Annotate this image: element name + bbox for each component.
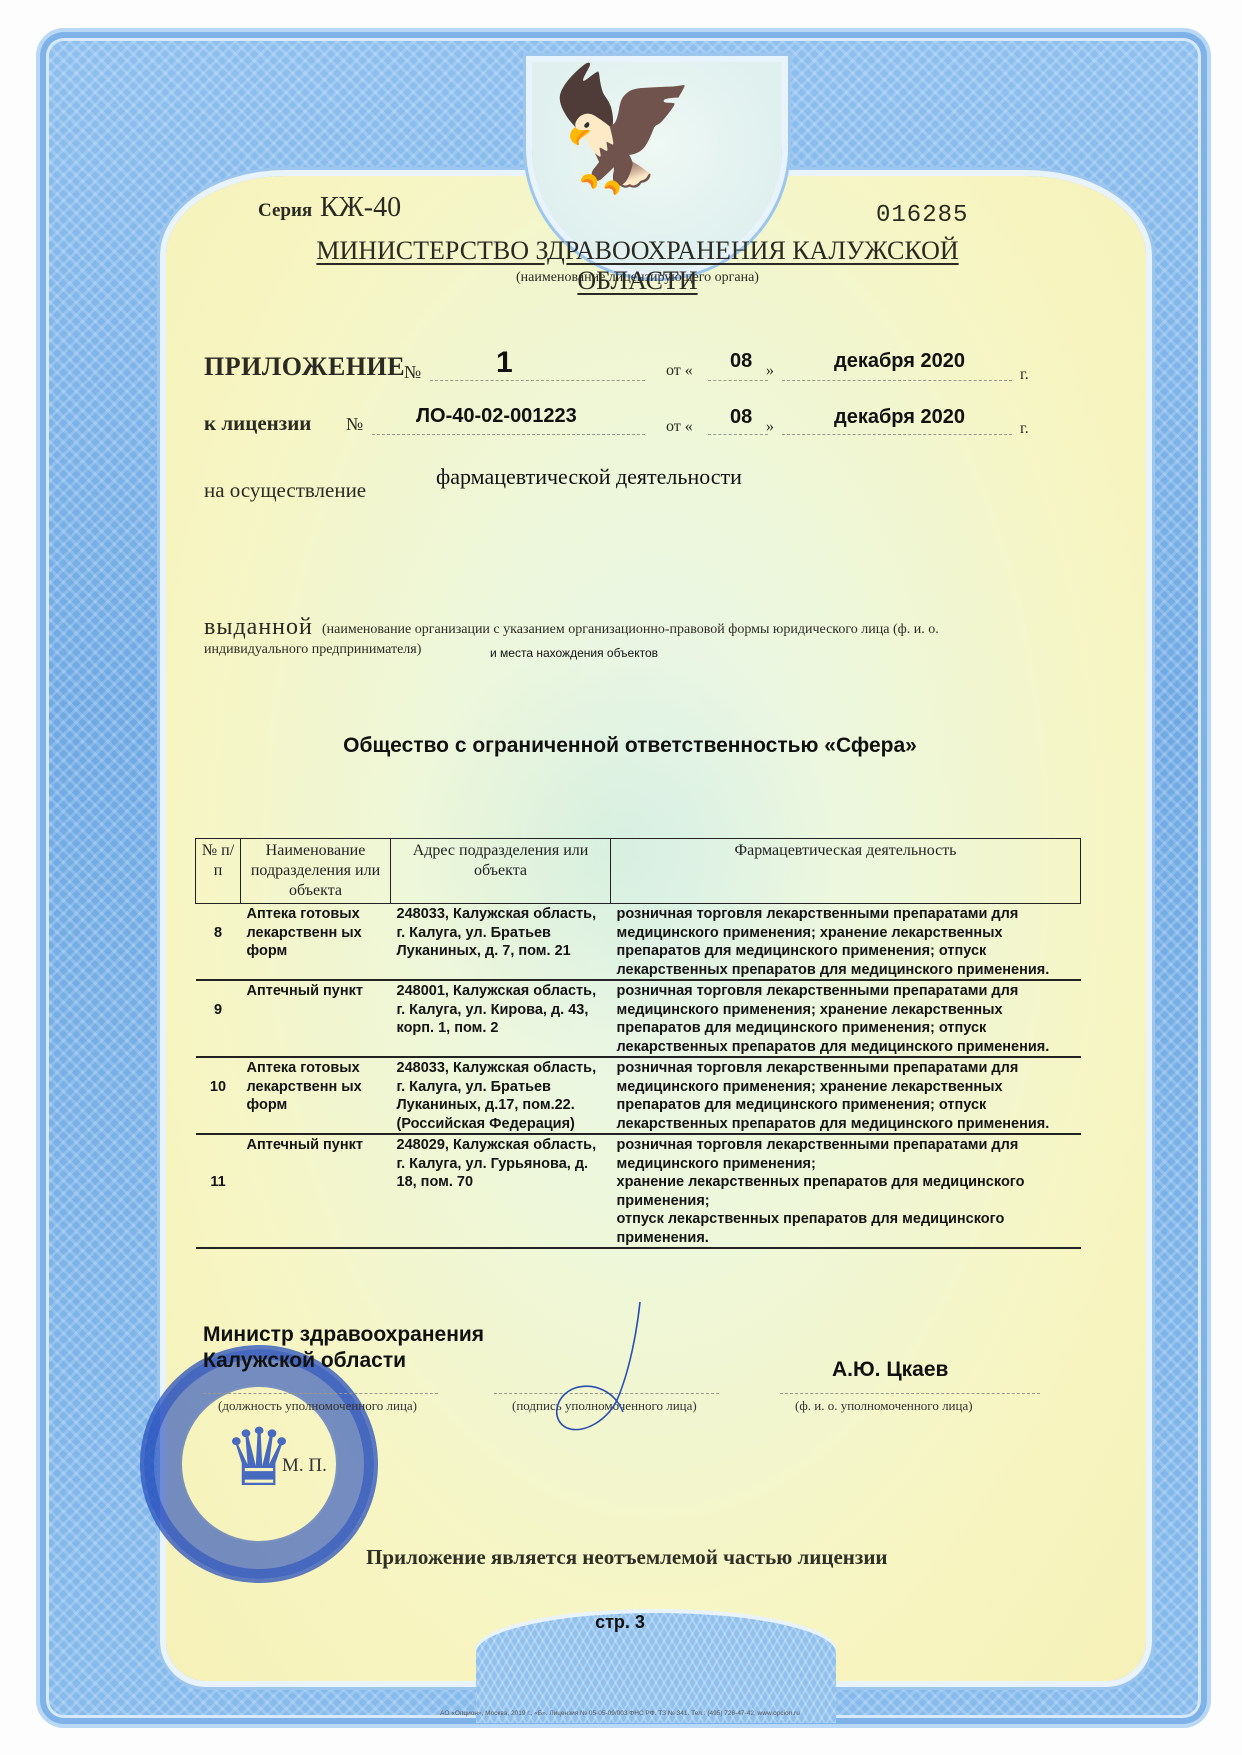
appendix-from-label: от « xyxy=(666,362,693,380)
page-number: стр. 3 xyxy=(560,1612,680,1633)
row-num: 11 xyxy=(196,1134,241,1248)
header-name: Наименование подразделения или объекта xyxy=(241,839,391,904)
table-header-row: № п/п Наименование подразделения или объ… xyxy=(196,839,1081,904)
row-num: 9 xyxy=(196,980,241,1057)
appendix-year-suffix: г. xyxy=(1020,366,1029,384)
row-activity: розничная торговля лекарственными препар… xyxy=(611,980,1081,1057)
table-row: 9 Аптечный пункт 248001, Калужская облас… xyxy=(196,980,1081,1057)
appendix-month-year: декабря 2020 xyxy=(834,350,965,373)
row-address: 248033, Калужская область, г. Калуга, ул… xyxy=(391,1057,611,1134)
name-line xyxy=(780,1393,1040,1394)
license-close-quote: » xyxy=(766,418,774,436)
license-number-line xyxy=(372,434,645,435)
position-line xyxy=(203,1393,438,1394)
row-activity: розничная торговля лекарственными препар… xyxy=(611,1057,1081,1134)
series-value: КЖ-40 xyxy=(320,192,401,224)
license-month-line xyxy=(782,434,1012,435)
appendix-day: 08 xyxy=(730,350,752,373)
license-number-sign: № xyxy=(346,414,363,435)
signer-position-line1: Министр здравоохранения xyxy=(203,1322,484,1348)
row-address: 248029, Калужская область, г. Калуга, ул… xyxy=(391,1134,611,1248)
appendix-footer-note: Приложение является неотъемлемой частью … xyxy=(366,1545,888,1570)
signer-name: А.Ю. Цкаев xyxy=(832,1358,948,1382)
signer-position-line2: Калужской области xyxy=(203,1348,484,1374)
table-row: 8 Аптека готовых лекарственн ых форм 248… xyxy=(196,904,1081,981)
printer-imprint: АО «Опцион», Москва, 2019 г., «Б». Лицен… xyxy=(420,1710,820,1717)
activity-label: на осуществление xyxy=(204,478,366,503)
header-activity: Фармацевтическая деятельность xyxy=(611,839,1081,904)
license-label: к лицензии xyxy=(204,411,311,436)
licensing-authority: МИНИСТЕРСТВО ЗДРАВООХРАНЕНИЯ КАЛУЖСКОЙ О… xyxy=(260,236,1015,296)
form-number: 016285 xyxy=(876,202,968,229)
license-number: ЛО-40-02-001223 xyxy=(416,405,577,428)
stamp-place-mark: М. П. xyxy=(282,1455,327,1477)
row-activity: розничная торговля лекарственными препар… xyxy=(611,904,1081,981)
issued-caption-extra: и места нахождения объектов xyxy=(490,646,658,660)
official-stamp: ♛ xyxy=(140,1345,378,1583)
appendix-month-line xyxy=(782,380,1012,381)
license-day: 08 xyxy=(730,406,752,429)
row-name: Аптека готовых лекарственн ых форм xyxy=(241,1057,391,1134)
series-label: Серия xyxy=(258,200,312,222)
signer-position: Министр здравоохранения Калужской област… xyxy=(203,1322,484,1374)
header-num: № п/п xyxy=(196,839,241,904)
license-from-label: от « xyxy=(666,418,693,436)
appendix-number: 1 xyxy=(496,346,513,380)
header-address: Адрес подразделения или объекта xyxy=(391,839,611,904)
authority-caption: (наименование лицензирующего органа) xyxy=(260,270,1015,286)
row-address: 248001, Калужская область, г. Калуга, ул… xyxy=(391,980,611,1057)
row-name: Аптека готовых лекарственн ых форм xyxy=(241,904,391,981)
activity-value: фармацевтической деятельности xyxy=(436,464,742,490)
appendix-close-quote: » xyxy=(766,362,774,380)
row-activity: розничная торговля лекарственными препар… xyxy=(611,1134,1081,1248)
table-row: 11 Аптечный пункт 248029, Калужская обла… xyxy=(196,1134,1081,1248)
issued-caption-line2: индивидуального предпринимателя) xyxy=(204,642,421,658)
appendix-number-sign: № xyxy=(404,362,421,383)
row-name: Аптечный пункт xyxy=(241,1134,391,1248)
row-num: 10 xyxy=(196,1057,241,1134)
row-address: 248033, Калужская область, г. Калуга, ул… xyxy=(391,904,611,981)
issued-caption-line1: (наименование организации с указанием ор… xyxy=(322,622,939,638)
license-year-suffix: г. xyxy=(1020,420,1029,438)
objects-table: № п/п Наименование подразделения или объ… xyxy=(195,838,1081,1249)
caption-name: (ф. и. о. уполномоченного лица) xyxy=(795,1398,973,1414)
row-name: Аптечный пункт xyxy=(241,980,391,1057)
organization-name: Общество с ограниченной ответственностью… xyxy=(260,734,1000,758)
coat-of-arms-icon: 🦅 xyxy=(548,50,693,210)
caption-position: (должность уполномоченного лица) xyxy=(218,1398,417,1414)
appendix-day-line xyxy=(708,380,768,381)
handwritten-signature xyxy=(545,1300,675,1440)
license-month-year: декабря 2020 xyxy=(834,406,965,429)
appendix-label: ПРИЛОЖЕНИЕ xyxy=(204,352,405,382)
row-num: 8 xyxy=(196,904,241,981)
table-row: 10 Аптека готовых лекарственн ых форм 24… xyxy=(196,1057,1081,1134)
issued-label: выданной xyxy=(204,614,313,641)
appendix-number-line xyxy=(430,380,645,381)
license-day-line xyxy=(708,434,768,435)
